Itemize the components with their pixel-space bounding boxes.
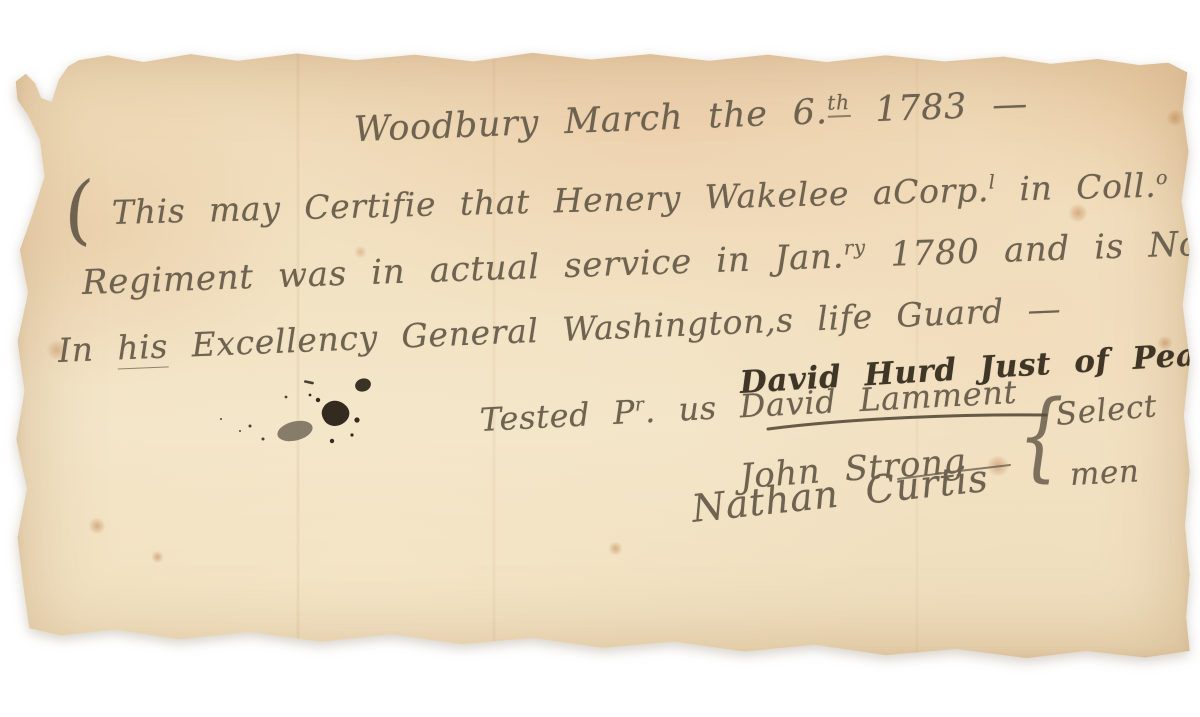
selectmen-label-select: Select bbox=[1054, 389, 1158, 433]
selectmen-label-men: men bbox=[1069, 454, 1140, 493]
dateline: Woodbury March the 6.th 1783 — bbox=[353, 84, 1028, 150]
document-paper: Woodbury March the 6.th 1783 — ( This ma… bbox=[14, 48, 1192, 660]
dateline-place-date: Woodbury March the 6. bbox=[353, 92, 828, 150]
foxing-spot bbox=[1166, 110, 1184, 126]
ink-specks bbox=[220, 380, 314, 441]
dateline-year-dash: 1783 — bbox=[849, 84, 1028, 131]
paper-wrapper: Woodbury March the 6.th 1783 — ( This ma… bbox=[14, 48, 1192, 660]
ink-smudge bbox=[275, 417, 315, 444]
certify-text-a: This may Certifie that Henery Wakelee aC… bbox=[111, 170, 989, 232]
certify-text-c: Warners bbox=[1168, 161, 1200, 204]
foxing-spot bbox=[88, 518, 106, 534]
guard-text-a: In bbox=[57, 329, 118, 370]
regiment-text-b: 1780 and is Now bbox=[865, 223, 1200, 276]
regiment-sup-ry: ry bbox=[843, 236, 866, 260]
certify-sup-o: o bbox=[1156, 166, 1169, 189]
dateline-ordinal: th bbox=[827, 90, 851, 118]
foxing-spot bbox=[986, 456, 1010, 476]
foxing-spot bbox=[151, 551, 164, 563]
guard-his-underlined: his bbox=[116, 326, 168, 369]
opening-flourish: ( bbox=[59, 172, 99, 250]
ink-blot-cluster bbox=[309, 376, 373, 443]
tested-text-b: . us bbox=[644, 387, 741, 430]
certification-line: This may Certifie that Henery Wakelee aC… bbox=[112, 162, 1200, 232]
tested-text-a: Tested P bbox=[479, 393, 636, 439]
scan-background: Woodbury March the 6.th 1783 — ( This ma… bbox=[0, 0, 1200, 717]
certify-text-b: in Coll. bbox=[995, 166, 1156, 209]
foxing-spot bbox=[608, 542, 623, 555]
regiment-text-a: Regiment was in actual service in Jan. bbox=[81, 236, 844, 303]
